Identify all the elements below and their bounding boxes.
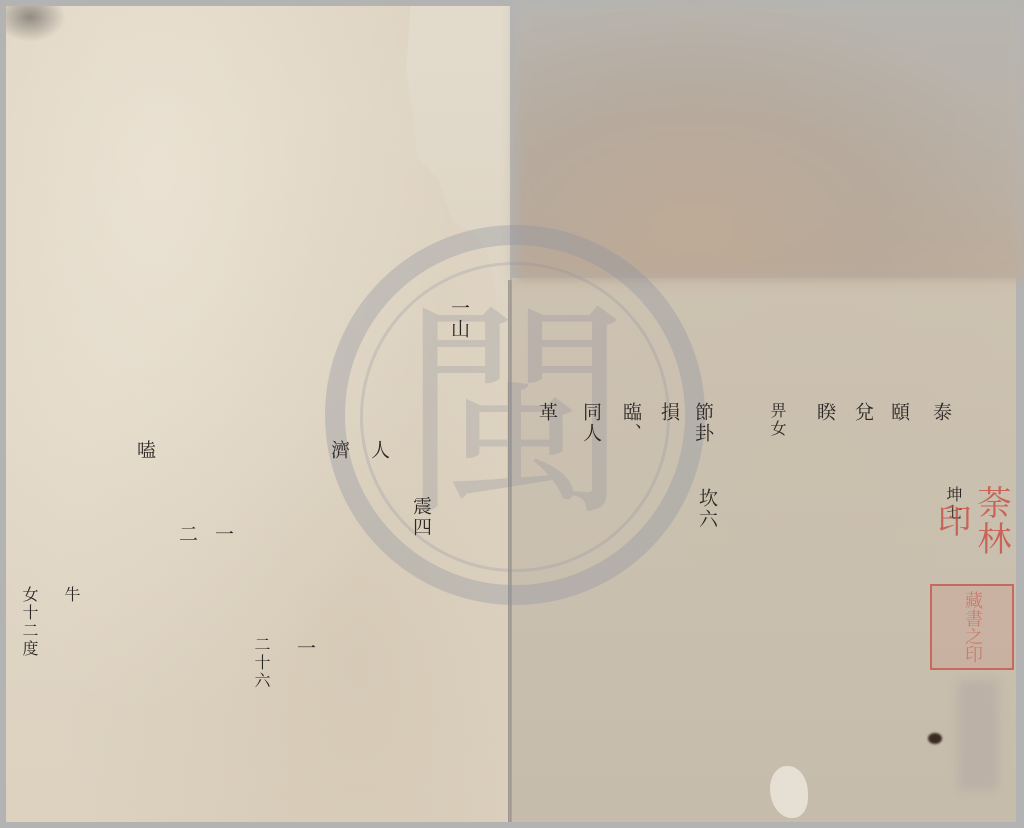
text-twenty-six: 二十六 [252,636,270,690]
text-niu: 牛 [62,586,80,604]
redacted-blur-region [515,0,1024,280]
text-jie-gua: 節卦 [692,402,714,444]
red-seal-top: 荼林印 [930,478,1012,564]
text-ji: 濟 [328,440,350,461]
text-ke: 嗑 [134,440,156,461]
text-ren: 人 [368,440,390,461]
text-kui: 睽 [814,402,836,423]
text-lin: 臨、 [620,402,642,444]
redacted-blur-region-small [958,680,998,790]
text-yi: 一 [212,524,234,545]
text-zhen-si: 震四 [410,496,432,538]
text-ge: 革 [536,402,558,423]
text-yi-2: 一 [294,638,316,659]
text-nv-twelve-du: 女十二度 [20,586,38,658]
text-tong-ren: 同人 [580,402,602,444]
text-kan-liu: 坎六 [696,488,718,530]
ink-stain [6,6,66,42]
text-shan: 一山 [448,298,470,340]
text-bi-nv: 畀女 [768,402,786,438]
ink-blot [928,733,942,744]
text-yi-hex: 頤 [888,402,910,423]
text-er: 二 [176,524,198,545]
text-dui: 兌 [852,402,874,423]
text-tai: 泰 [930,402,952,423]
text-sun: 損 [658,402,680,423]
red-seal-bottom: 藏書之印 [930,584,1014,670]
